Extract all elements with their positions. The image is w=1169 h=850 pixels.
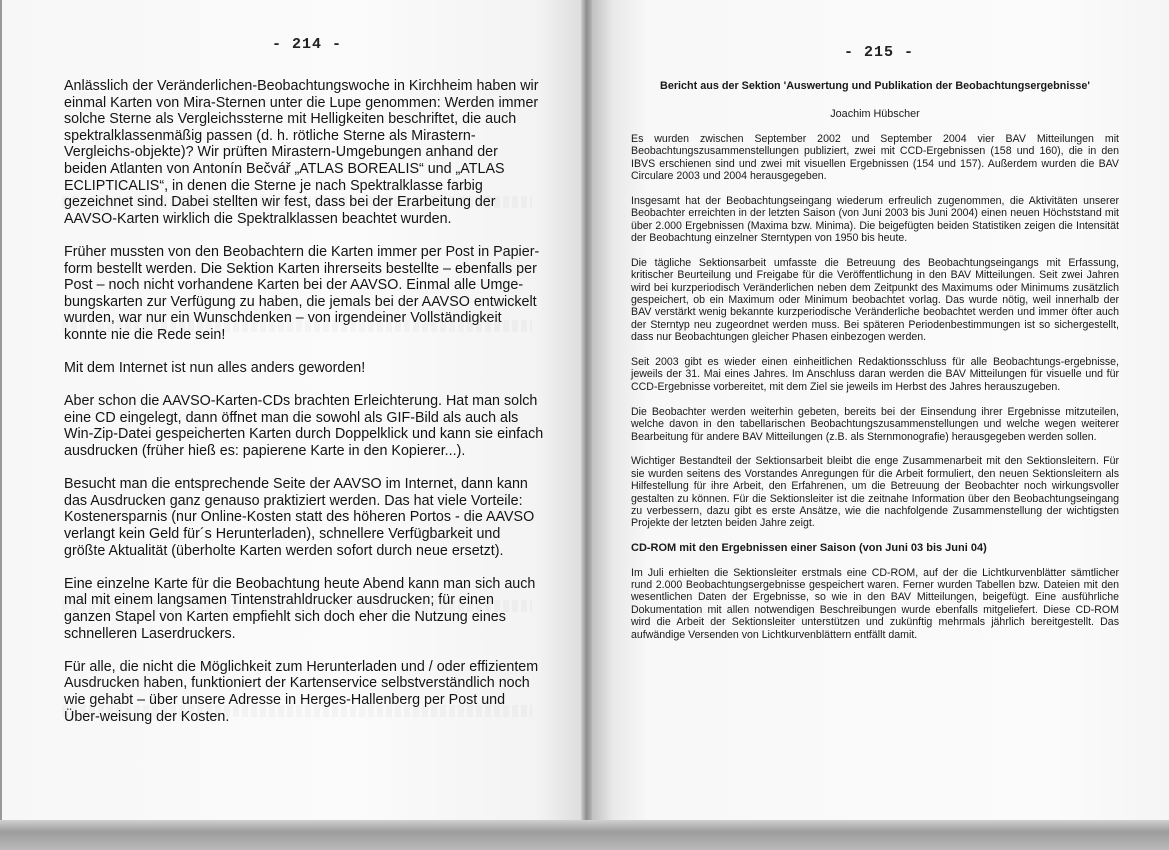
paragraph: Anlässlich der Veränderlichen-Beobachtun… [64,78,544,227]
left-page-body: Anlässlich der Veränderlichen-Beobachtun… [64,78,544,742]
paragraph: Aber schon die AAVSO-Karten-CDs brachten… [64,393,544,459]
paragraph: Besucht man die entsprechende Seite der … [64,476,544,559]
paragraph: Wichtiger Bestandteil der Sektionsarbeit… [631,455,1119,529]
paragraph: Insgesamt hat der Beobachtungseingang wi… [631,195,1119,245]
paragraph: Für alle, die nicht die Möglichkeit zum … [64,659,544,725]
paragraph: Die tägliche Sektionsarbeit umfasste die… [631,257,1119,344]
paragraph: Die Beobachter werden weiterhin gebeten,… [631,406,1119,443]
article-title: Bericht aus der Sektion 'Auswertung und … [631,80,1119,92]
paragraph: Früher mussten von den Beobachtern die K… [64,244,544,344]
section-heading: CD-ROM mit den Ergebnissen einer Saison … [631,542,1119,554]
page-bottom-edge [0,820,1169,850]
paragraph: Mit dem Internet ist nun alles anders ge… [64,360,544,377]
left-page-number: - 214 - [272,36,342,53]
paragraph: Es wurden zwischen September 2002 und Se… [631,133,1119,183]
book-spread: - 214 - - 215 - Anlässlich der Veränderl… [0,0,1169,850]
article-author: Joachim Hübscher [631,108,1119,120]
right-page-body: Bericht aus der Sektion 'Auswertung und … [631,80,1119,653]
paragraph: Eine einzelne Karte für die Beobachtung … [64,576,544,642]
right-page-number: - 215 - [844,44,914,61]
paragraph: Im Juli erhielten die Sektionsleiter ers… [631,567,1119,641]
book-gutter [581,0,592,822]
paragraph: Seit 2003 gibt es wieder einen einheitli… [631,356,1119,393]
